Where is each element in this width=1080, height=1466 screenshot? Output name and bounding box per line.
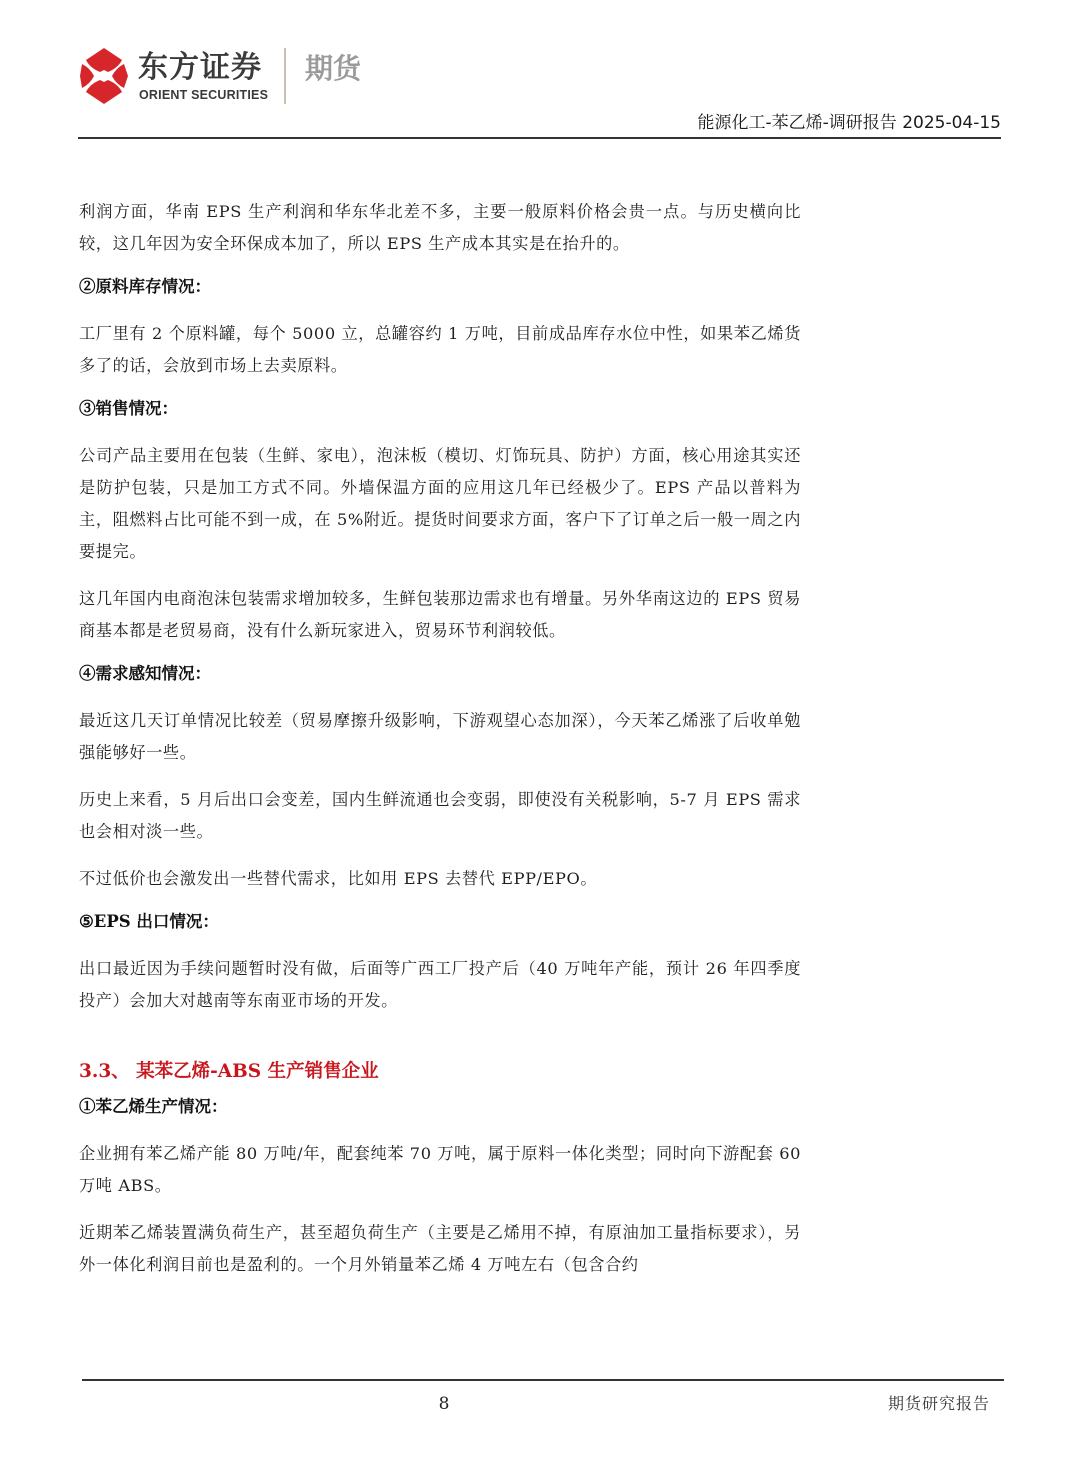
paragraph-demand-1: 最近这几天订单情况比较差（贸易摩擦升级影响，下游观望心态加深），今天苯乙烯涨了后…: [79, 705, 801, 769]
brand-name-cn: 东方证券: [138, 50, 262, 86]
paragraph-production-1: 企业拥有苯乙烯产能 80 万吨/年，配套纯苯 70 万吨，属于原料一体化类型；同…: [79, 1138, 801, 1202]
subheading-eps-export: ⑤EPS 出口情况：: [79, 910, 801, 934]
paragraph-profit: 利润方面，华南 EPS 生产利润和华东华北差不多，主要一般原料价格会贵一点。与历…: [79, 196, 801, 260]
paragraph-production-2: 近期苯乙烯装置满负荷生产，甚至超负荷生产（主要是乙烯用不掉，有原油加工量指标要求…: [79, 1217, 801, 1281]
header-divider: [78, 137, 1001, 139]
section-title-3-3: 3.3、 某苯乙烯-ABS 生产销售企业: [79, 1059, 801, 1085]
subheading-styrene-production: ①苯乙烯生产情况：: [79, 1095, 801, 1119]
page-header: 东方证券 ORIENT SECURITIES 期货 能源化工-苯乙烯-调研报告 …: [0, 0, 1080, 140]
page-number: 8: [432, 1392, 456, 1416]
footer-label: 期货研究报告: [888, 1392, 990, 1416]
report-title: 能源化工-苯乙烯-调研报告 2025-04-15: [698, 112, 1001, 134]
subheading-demand: ④需求感知情况：: [79, 662, 801, 686]
subheading-sales: ③销售情况：: [79, 397, 801, 421]
brand-name-en: ORIENT SECURITIES: [139, 88, 268, 102]
paragraph-inventory: 工厂里有 2 个原料罐，每个 5000 立，总罐容约 1 万吨，目前成品库存水位…: [79, 318, 801, 382]
paragraph-sales-2: 这几年国内电商泡沫包装需求增加较多，生鲜包装那边需求也有增量。另外华南这边的 E…: [79, 583, 801, 647]
report-body: 利润方面，华南 EPS 生产利润和华东华北差不多，主要一般原料价格会贵一点。与历…: [79, 196, 801, 1296]
brand-divider: [284, 48, 286, 104]
paragraph-demand-2: 历史上来看，5 月后出口会变差，国内生鲜流通也会变弱，即使没有关税影响，5-7 …: [79, 784, 801, 848]
paragraph-export: 出口最近因为手续问题暂时没有做，后面等广西工厂投产后（40 万吨年产能，预计 2…: [79, 953, 801, 1017]
paragraph-sales-1: 公司产品主要用在包装（生鲜、家电），泡沫板（模切、灯饰玩具、防护）方面，核心用途…: [79, 440, 801, 568]
footer-divider: [82, 1379, 1004, 1381]
subheading-raw-material-inventory: ②原料库存情况：: [79, 275, 801, 299]
orient-securities-logo-icon: [78, 46, 130, 106]
brand-division-label: 期货: [305, 52, 361, 86]
paragraph-demand-3: 不过低价也会激发出一些替代需求，比如用 EPS 去替代 EPP/EPO。: [79, 863, 801, 895]
